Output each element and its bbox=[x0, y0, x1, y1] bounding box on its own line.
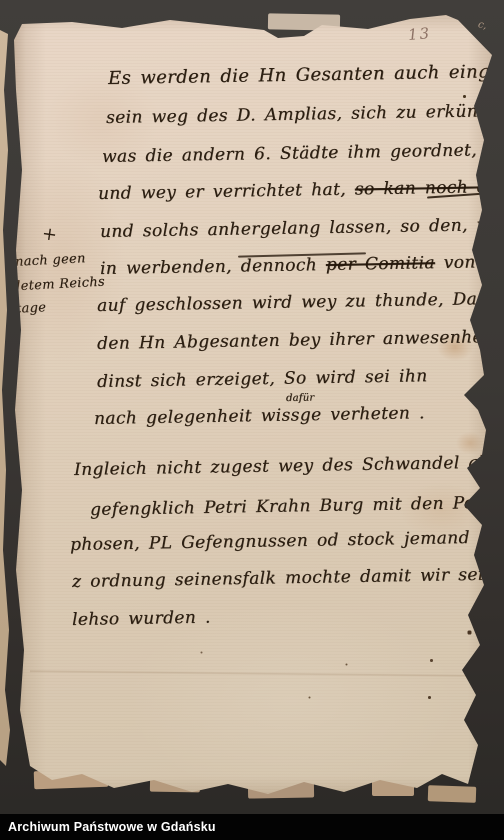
handwriting-line: Es werden die Hn Gesanten auch eingedenc… bbox=[108, 60, 504, 89]
handwriting-text: von uns dar, bbox=[435, 251, 504, 273]
strikethrough-text: so kan noch d bbox=[355, 177, 489, 199]
watermark-band: Archiwum Państwowe w Gdańsku bbox=[0, 814, 504, 840]
handwriting-line: dinst sich erzeiget, So wird sei ihn bbox=[97, 366, 428, 392]
archive-watermark: Archiwum Państwowe w Gdańsku bbox=[8, 820, 216, 834]
handwriting-line: auf geschlossen wird wey zu thunde, Da e… bbox=[97, 288, 504, 316]
handwriting-text: und wey er verrichtet hat, bbox=[98, 180, 355, 204]
handwriting-line: gefengklich Petri Krahn Burg mit den Po bbox=[90, 493, 475, 520]
handwriting-line: sein weg des D. Amplias, sich zu erkündi… bbox=[106, 101, 504, 128]
handwriting-line: lehso wurden . bbox=[72, 608, 211, 630]
strikethrough-text: per Comitia bbox=[326, 253, 435, 275]
handwriting-text: in werbenden, dennoch bbox=[100, 255, 326, 279]
paper-crease bbox=[30, 670, 470, 678]
handwriting-line: was die andern 6. Städte ihm geordnet, bbox=[102, 140, 477, 167]
handwriting-line: Ingleich nicht zugest wey des Schwandel … bbox=[74, 452, 504, 480]
archive-scan-background: 13 + nach geen detem Reichs tage Es werd… bbox=[0, 0, 504, 840]
margin-note-line: nach geen bbox=[15, 251, 86, 270]
margin-note-line: detem Reichs bbox=[12, 275, 106, 295]
margin-cross-mark: + bbox=[41, 223, 59, 246]
manuscript-page: 13 + nach geen detem Reichs tage Es werd… bbox=[12, 10, 494, 802]
handwriting-line: den Hn Abgesanten bey ihrer anwesenheit … bbox=[97, 327, 504, 354]
handwriting-line: phosen, PL Gefengnussen od stock jemand … bbox=[70, 527, 504, 555]
handwriting-line: und wey er verrichtet hat, so kan noch d bbox=[98, 177, 488, 204]
margin-note-line: tage bbox=[16, 300, 47, 317]
interline-insertion: dafür bbox=[286, 393, 314, 404]
corner-ink-mark: c, bbox=[477, 19, 488, 32]
handwriting-line: z ordnung seinensfalk mochte damit wir s… bbox=[72, 564, 504, 592]
handwriting-line: nach gelegenheit wissge verheten . bbox=[94, 403, 425, 429]
ink-specks bbox=[12, 10, 13, 11]
adjacent-page-edge bbox=[0, 30, 10, 772]
torn-paper-tab bbox=[428, 785, 477, 803]
handwriting-line: und solchs anhergelang lassen, so den, w… bbox=[100, 214, 504, 242]
folio-number: 13 bbox=[407, 24, 432, 44]
